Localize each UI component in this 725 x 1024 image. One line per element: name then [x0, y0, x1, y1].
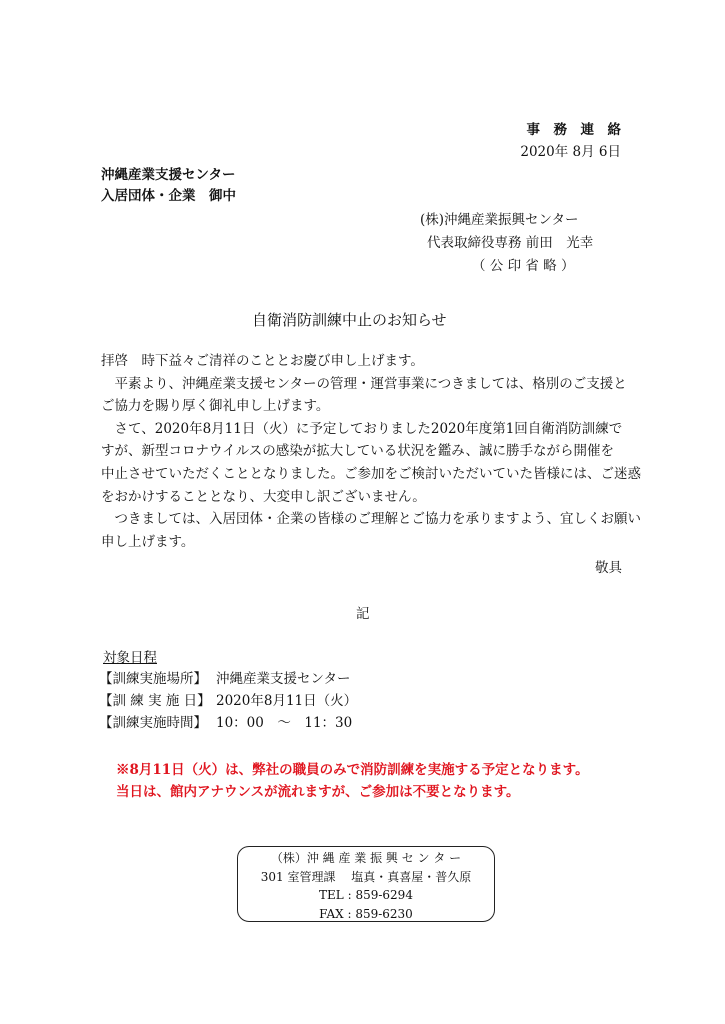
sender-person: 代表取締役専務 前田 光幸 — [427, 234, 593, 252]
body-line: 平素より、沖縄産業支援センターの管理・運営事業につきましては、格別のご支援と — [101, 373, 625, 396]
schedule-heading: 対象日程 — [103, 649, 157, 667]
schedule-value-time: 10：00 ～ 11：30 — [216, 714, 352, 732]
contact-company: （株）沖 縄 産 業 振 興 セ ン タ ー — [238, 849, 494, 868]
body-text: 拝啓 時下益々ご清祥のこととお慶び申し上げます。 平素より、沖縄産業支援センター… — [101, 350, 625, 553]
notice-line-1: ※8月11日（火）は、弊社の職員のみで消防訓練を実施する予定となります。 — [116, 761, 589, 779]
body-line: すが、新型コロナウイルスの感染が拡大している状況を鑑み、誠に勝手ながら開催を — [101, 440, 625, 463]
schedule-value-date: 2020年8月11日（火） — [216, 692, 357, 710]
body-line: さて、2020年8月11日（火）に予定しておりました2020年度第1回自衛消防訓… — [101, 418, 625, 441]
recipient-line-1: 沖縄産業支援センター — [101, 166, 235, 184]
body-line: 申し上げます。 — [101, 531, 625, 554]
body-line: つきましては、入居団体・企業の皆様のご理解とご協力を承りますよう、宜しくお願い — [101, 508, 625, 531]
body-line: をおかけすることとなり、大変申し訳ございません。 — [101, 486, 625, 509]
body-line: 拝啓 時下益々ご清祥のこととお慶び申し上げます。 — [101, 350, 625, 373]
schedule-label-time: 【訓練実施時間】 — [99, 714, 207, 732]
contact-box: （株）沖 縄 産 業 振 興 セ ン タ ー 301 室管理課 塩真・真喜屋・普… — [237, 846, 495, 922]
document-title: 自衛消防訓練中止のお知らせ — [252, 310, 447, 330]
notice-line-2: 当日は、館内アナウンスが流れますが、ご参加は不要となります。 — [116, 783, 520, 801]
body-line: 中止させていただくこととなりました。ご参加をご検討いただいていた皆様には、ご迷惑 — [101, 463, 625, 486]
document-date: 2020年 8月 6日 — [520, 143, 621, 161]
schedule-label-date: 【訓 練 実 施 日】 — [99, 692, 211, 710]
schedule-value-location: 沖縄産業支援センター — [216, 670, 350, 688]
contact-tel: TEL : 859-6294 — [238, 886, 494, 905]
closing-keigu: 敬具 — [595, 559, 622, 577]
sender-company: (株)沖縄産業振興センター — [420, 211, 579, 229]
seal-omitted: （ 公 印 省 略 ） — [472, 257, 574, 275]
schedule-label-location: 【訓練実施場所】 — [99, 670, 207, 688]
document-type: 事 務 連 絡 — [527, 121, 622, 139]
contact-department: 301 室管理課 塩真・真喜屋・普久原 — [238, 868, 494, 887]
recipient-line-2: 入居団体・企業 御中 — [101, 187, 236, 205]
body-line: ご協力を賜り厚く御礼申し上げます。 — [101, 395, 625, 418]
contact-fax: FAX : 859-6230 — [238, 905, 494, 924]
ki-marker: 記 — [356, 605, 370, 623]
